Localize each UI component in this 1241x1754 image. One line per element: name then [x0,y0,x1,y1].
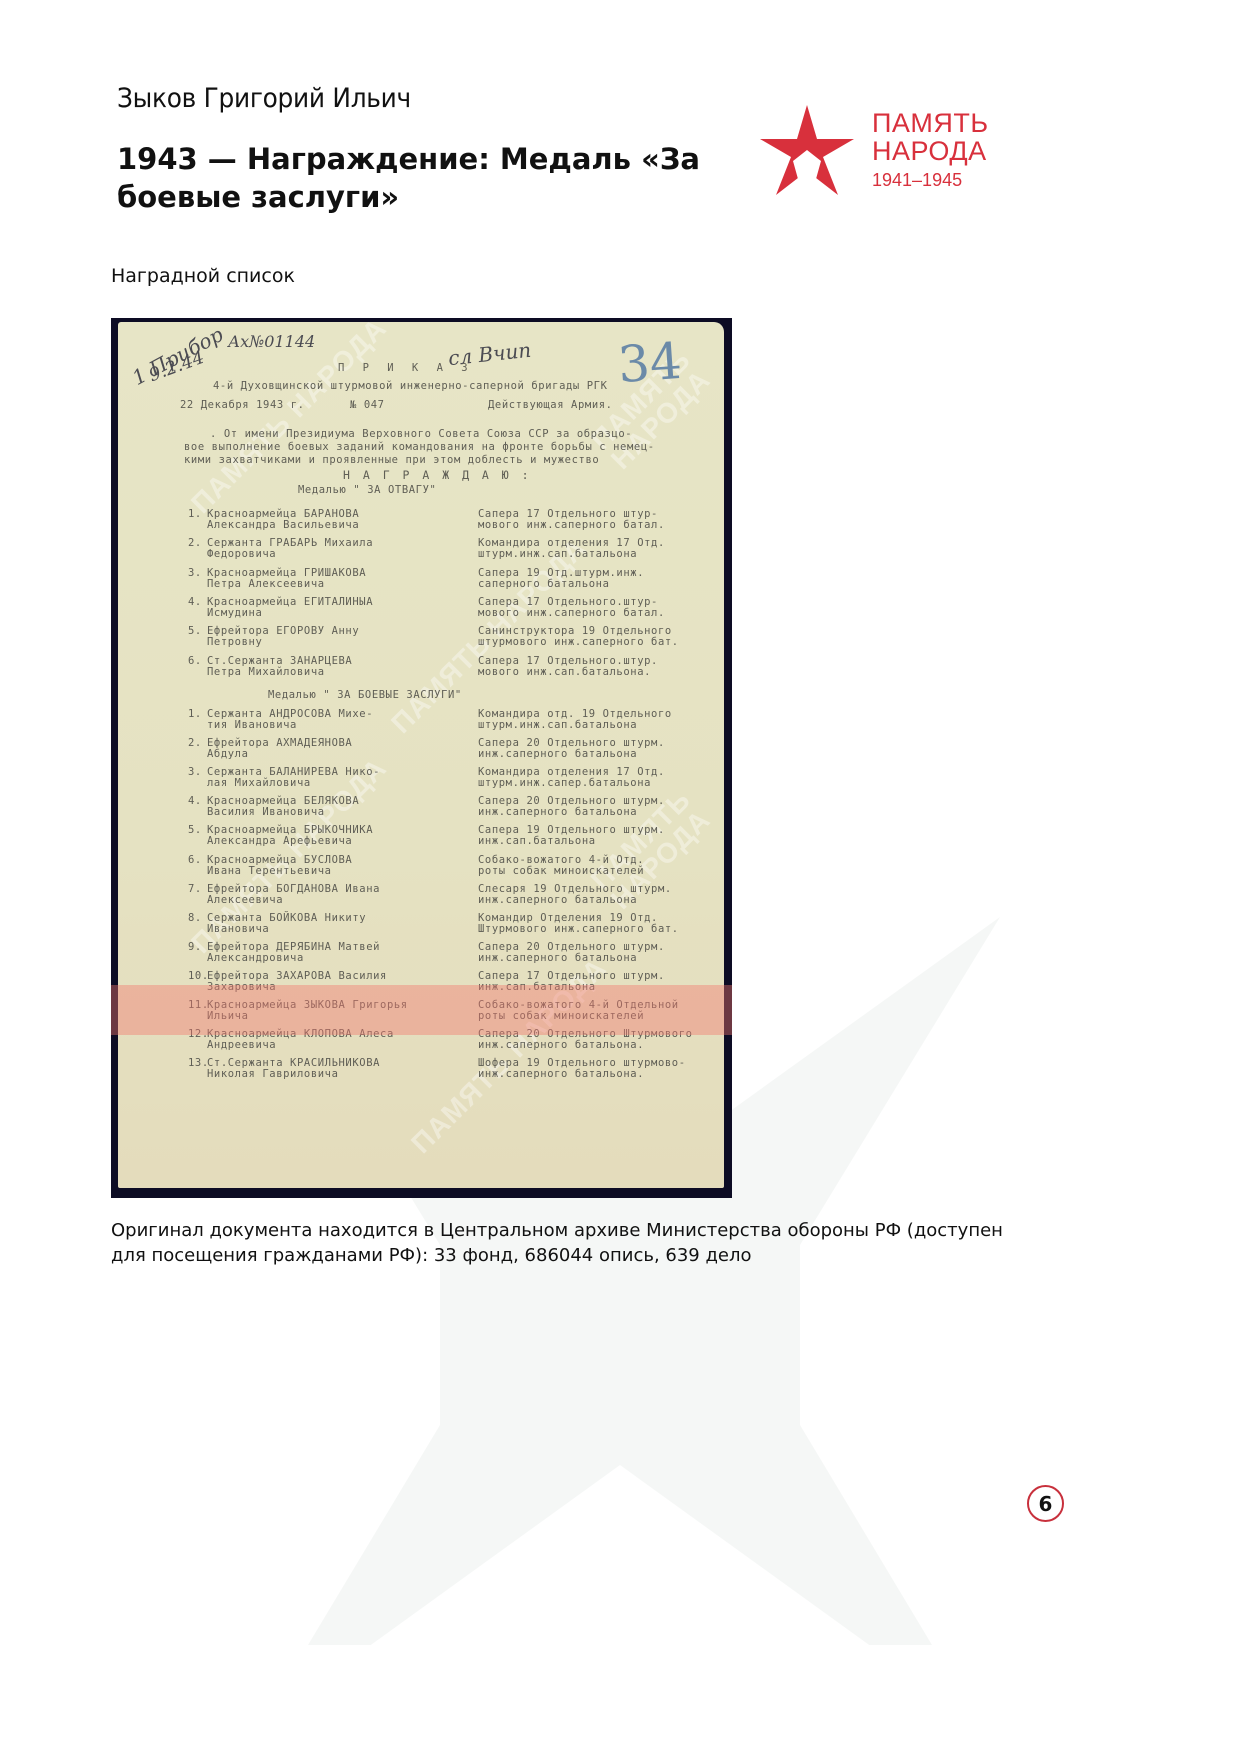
entry-unit: штурмового инж.саперного бат. [478,636,679,648]
entry-number: 9. [188,941,202,953]
red-star-icon [760,105,854,195]
highlighted-entry [111,985,732,1035]
entry-number: 7. [188,883,202,895]
entry-name: Андреевича [207,1039,276,1051]
entry-number: 3. [188,567,202,579]
entry-number: 4. [188,596,202,608]
award-title: 1943 — Награждение: Медаль «За боевые за… [117,140,737,216]
entry-number: 10. [188,970,209,982]
entry-unit: штурм.инж.сап.батальона [478,548,637,560]
document-label: Наградной список [111,265,295,287]
entry-unit: мового инж.сап.батальона. [478,666,651,678]
order-heading: П Р И К А З [338,362,474,374]
logo-line-2: НАРОДА [872,137,989,165]
order-preamble: вое выполнение боевых заданий командован… [184,441,655,453]
handwritten-archive-number: Ах№01144 [228,332,315,351]
entry-name: Федоровича [207,548,276,560]
entry-unit: инж.саперного батальона [478,952,637,964]
entry-unit: инж.сап.батальона [478,835,596,847]
entry-number: 5. [188,625,202,637]
entry-name: Алексеевича [207,894,283,906]
order-preamble: кими захватчиками и проявленные при этом… [184,454,599,466]
order-army: Действующая Армия. [488,399,613,411]
award-verb: Н А Г Р А Ж Д А Ю : [343,468,532,482]
entry-unit: Штурмового инж.саперного бат. [478,923,679,935]
entry-unit: роты собак миноискателей [478,865,644,877]
handwritten-sheet-number: 34 [616,332,684,394]
entry-number: 6. [188,854,202,866]
logo-line-1: ПАМЯТЬ [872,109,989,137]
entry-number: 1. [188,508,202,520]
order-number: № 047 [350,399,385,411]
entry-name: Исмудина [207,607,262,619]
order-preamble: . От имени Президиума Верховного Совета … [210,428,632,440]
entry-unit: инж.саперного батальона [478,748,637,760]
entry-name: Ивановича [207,923,269,935]
entry-number: 3. [188,766,202,778]
entry-unit: мового инж.саперного батал. [478,519,665,531]
document-scan-image[interactable]: ПАМЯТЬ НАРОДА ПАМЯТЬ НАРОДА ПАМЯТЬ НАРОД… [111,318,732,1198]
entry-unit: инж.саперного батальона [478,806,637,818]
entry-number: 6. [188,655,202,667]
logo-text: ПАМЯТЬ НАРОДА 1941–1945 [872,109,989,192]
pamyat-naroda-logo[interactable]: ПАМЯТЬ НАРОДА 1941–1945 [760,105,1020,200]
entry-unit: инж.саперного батальона. [478,1039,644,1051]
entry-number: 5. [188,824,202,836]
archive-caption: Оригинал документа находится в Центральн… [111,1218,1011,1268]
entry-name: Александровича [207,952,304,964]
entry-unit: инж.саперного батальона. [478,1068,644,1080]
paper-sheet: ПАМЯТЬ НАРОДА ПАМЯТЬ НАРОДА ПАМЯТЬ НАРОД… [118,322,724,1188]
entry-unit: штурм.инж.сапер.батальона [478,777,651,789]
entry-name: Александра Арефьевича [207,835,352,847]
entry-name: Ивана Терентьевича [207,865,332,877]
entry-number: 13. [188,1057,209,1069]
entry-name: Николая Гавриловича [207,1068,339,1080]
entry-number: 2. [188,737,202,749]
entry-number: 1. [188,708,202,720]
entry-name: тия Ивановича [207,719,297,731]
page-number: 6 [1027,1485,1064,1522]
entry-unit: мового инж.саперного батал. [478,607,665,619]
entry-name: Василия Ивановича [207,806,325,818]
entry-number: 8. [188,912,202,924]
section-title: Медалью " ЗА БОЕВЫЕ ЗАСЛУГИ" [268,689,462,701]
entry-name: Александра Васильевича [207,519,359,531]
logo-years: 1941–1945 [872,168,989,192]
entry-name: лая Михайловича [207,777,311,789]
entry-name: Петра Алексеевича [207,578,325,590]
order-date: 22 Декабря 1943 г. [180,399,305,411]
order-unit: 4-й Духовщинской штурмовой инженерно-сап… [213,380,608,392]
entry-number: 2. [188,537,202,549]
entry-unit: саперного батальона [478,578,610,590]
entry-unit: штурм.инж.сап.батальона [478,719,637,731]
entry-name: Абдула [207,748,249,760]
entry-name: Петра Михайловича [207,666,325,678]
entry-name: Петровну [207,636,262,648]
entry-number: 4. [188,795,202,807]
person-name: Зыков Григорий Ильич [117,83,411,114]
entry-unit: инж.саперного батальона [478,894,637,906]
section-title: Медалью " ЗА ОТВАГУ" [298,484,436,496]
